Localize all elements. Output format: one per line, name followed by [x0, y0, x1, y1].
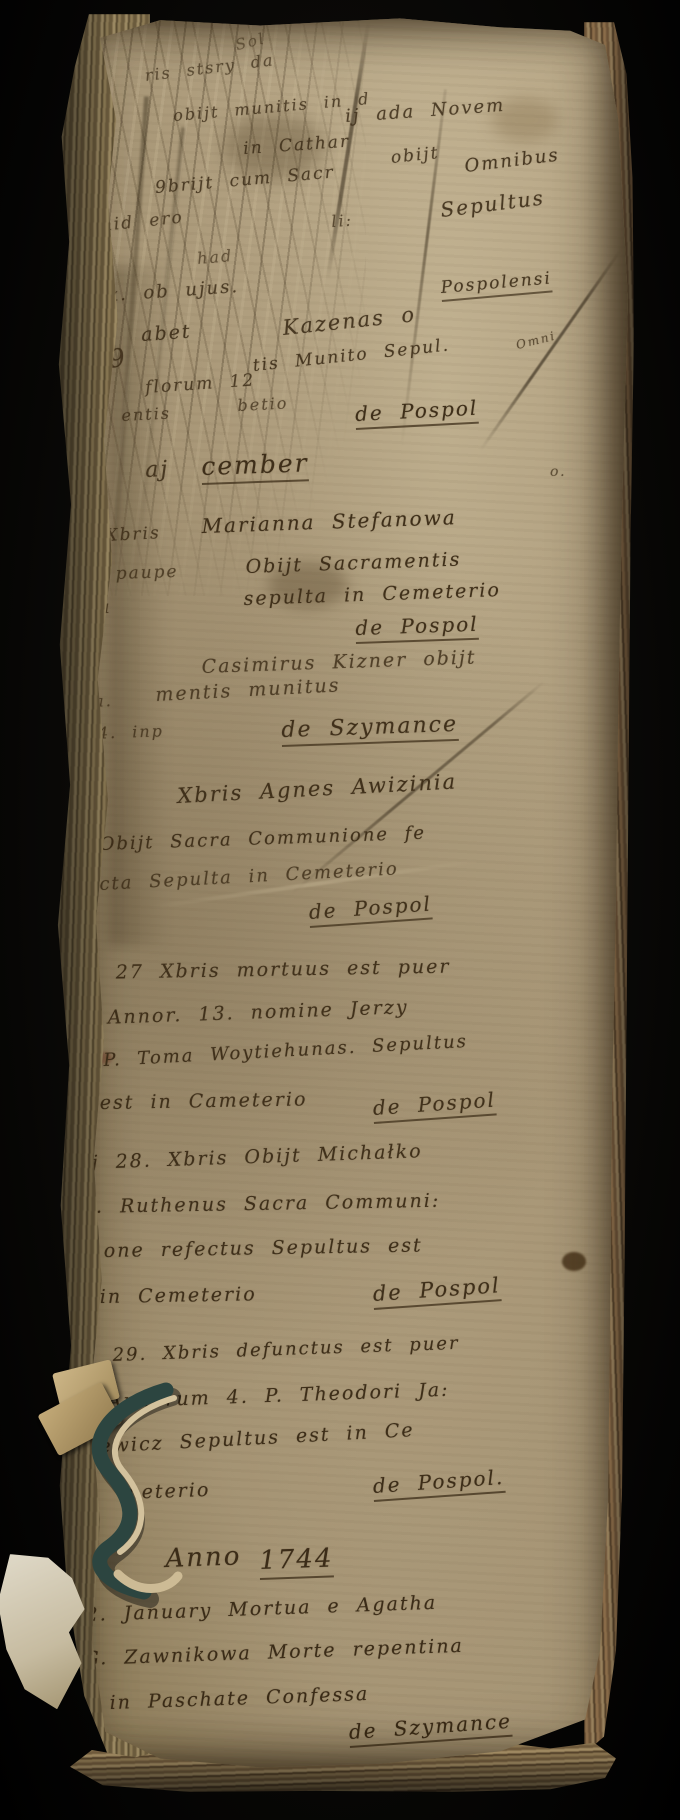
handwritten-line: Omni	[515, 329, 558, 352]
handwritten-line: G. Zawnikowa Morte repentina	[83, 1635, 464, 1670]
handwritten-line: li:	[331, 211, 354, 231]
handwritten-line: mentis munitus	[155, 674, 341, 706]
binding-cord-icon	[66, 1378, 206, 1618]
handwritten-line: de Pospol	[372, 1273, 502, 1310]
handwritten-line: florum 12	[145, 370, 256, 398]
handwritten-line: nid ero	[100, 207, 185, 236]
handwritten-line: ris stsry da	[144, 50, 276, 85]
handwritten-line: cta Sepulta in Cemeterio	[99, 858, 399, 895]
handwritten-line: Omnibus	[463, 145, 560, 177]
handwritten-line: de Pospol	[355, 612, 479, 644]
handwritten-line: one refectus Sepultus est	[104, 1234, 423, 1262]
handwritten-line: 6. Annor. 13. nomine Jerzy	[69, 996, 409, 1030]
handwritten-line: had	[196, 246, 234, 268]
handwritten-line: obijt	[390, 143, 440, 168]
handwritten-line: Xbris	[105, 523, 161, 546]
handwritten-line: sepulta in Cemeterio	[243, 579, 501, 610]
handwritten-line: cember	[201, 448, 309, 485]
handwritten-line: abet	[140, 321, 192, 346]
handwritten-line: Sol	[234, 29, 268, 54]
handwritten-line: o.	[550, 464, 567, 480]
photo-stage: Solris stsry daobijt munitis in dij ada …	[0, 0, 680, 1820]
handwritten-line: aj	[145, 457, 170, 483]
handwritten-line: in Cemeterio	[100, 1283, 257, 1308]
handwritten-line: paupe	[115, 562, 179, 584]
handwritten-line: ij 28. Xbris Obijt Michałko	[83, 1140, 423, 1174]
handwritten-line: de Pospol.	[372, 1465, 505, 1502]
handwritten-line: Marianna Stefanowa	[201, 505, 457, 538]
handwritten-line: P. Toma Woytiehunas. Sepultus	[103, 1031, 469, 1071]
handwritten-line: Obijt Sacramentis	[245, 548, 461, 578]
handwritten-line: Xbris Agnes Awizinia	[177, 769, 458, 808]
handwritten-line: tis Munito Sepul.	[252, 335, 451, 376]
handwritten-line: 1744	[259, 1543, 334, 1580]
handwritten-line: in Paschate Confessa	[109, 1683, 369, 1714]
handwritten-line: betio	[237, 393, 289, 415]
handwritten-line: Sepultus	[439, 185, 546, 222]
handwritten-line: ij 27 Xbris mortuus est puer	[84, 956, 451, 984]
handwritten-line: Obijt Sacra Communione fe	[99, 823, 426, 855]
handwritten-line: 9. Ruthenus Sacra Communi:	[82, 1190, 441, 1218]
cord-thread-end	[118, 1574, 178, 1589]
handwritten-line: de Pospol	[355, 396, 479, 430]
handwritten-line: ij 29. Xbris defunctus est puer	[81, 1333, 460, 1367]
handwritten-line: obijt munitis in d	[172, 89, 371, 125]
handwritten-line: est in Cameterio	[100, 1088, 308, 1114]
handwritten-line: de Pospol	[372, 1087, 497, 1124]
handwritten-line: de Szymance	[281, 712, 459, 747]
handwritten-line: entis	[121, 403, 171, 425]
handwritten-line: Pospolensi	[440, 268, 553, 302]
handwritten-line: de Szymance	[348, 1709, 513, 1748]
handwritten-line: de Pospol	[308, 891, 433, 928]
handwritten-line: Kazenas o	[281, 302, 417, 340]
handwritten-line: in Cathar	[243, 132, 351, 159]
handwritten-line: 9brijt cum Sacr	[154, 162, 335, 198]
handwritten-line: Casimirus Kizner obijt	[201, 646, 477, 678]
